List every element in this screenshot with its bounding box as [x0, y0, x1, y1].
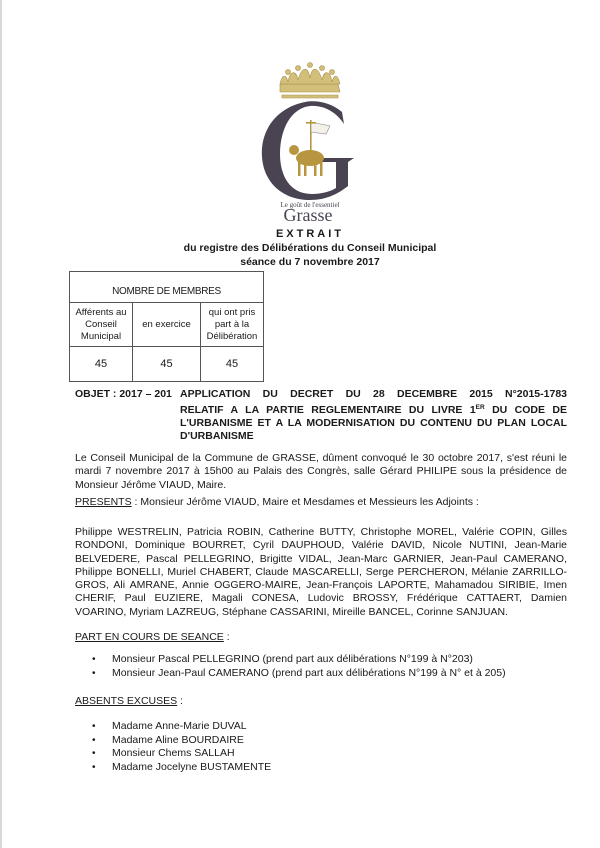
absents-excuses-list: Madame Anne-Marie DUVAL Madame Aline BOU… [92, 720, 271, 774]
objet-line: L'URBANISME ET A LA MODERNISATION DU CON… [180, 417, 567, 430]
lamb-icon [289, 120, 330, 176]
list-item: Monsieur Jean-Paul CAMERANO (prend part … [92, 667, 506, 681]
scan-edge [0, 0, 2, 848]
objet-text: APPLICATION DU DECRET DU 28 DECEMBRE 201… [180, 388, 567, 443]
column-header-en-exercice: en exercice [133, 303, 201, 347]
absents-excuses-title: ABSENTS EXCUSES : [75, 695, 183, 707]
list-item: Madame Jocelyne BUSTAMENTE [92, 761, 271, 775]
column-header-deliberation: qui ont pris part à la Délibération [201, 303, 264, 347]
members-table: NOMBRE DE MEMBRES Afférents au Conseil M… [69, 271, 264, 382]
list-item: Monsieur Chems SALLAH [92, 747, 271, 761]
value-en-exercice: 45 [133, 347, 201, 382]
objet-line: APPLICATION DU DECRET DU 28 DECEMBRE 201… [180, 388, 567, 401]
grasse-emblem-icon: Le goût de l'essentiel Grasse [250, 62, 370, 222]
column-header-afferents: Afférents au Conseil Municipal [70, 303, 133, 347]
part-en-cours-title: PART EN COURS DE SEANCE : [75, 631, 230, 643]
value-deliberation: 45 [201, 347, 264, 382]
list-item: Monsieur Pascal PELLEGRINO (prend part a… [92, 653, 506, 667]
intro-paragraph: Le Conseil Municipal de la Commune de GR… [75, 452, 567, 492]
part-en-cours-list: Monsieur Pascal PELLEGRINO (prend part a… [92, 653, 506, 680]
objet-label: OBJET : 2017 – 201 [75, 388, 172, 400]
svg-text:Grasse: Grasse [284, 205, 333, 222]
presents-line: PRESENTS : Monsieur Jérôme VIAUD, Maire … [75, 496, 567, 509]
presents-label: PRESENTS [75, 496, 132, 508]
document-subtitle: du registre des Délibérations du Conseil… [150, 242, 470, 254]
grasse-logo: Le goût de l'essentiel Grasse [250, 62, 370, 222]
objet-line: D'URBANISME [180, 430, 567, 443]
list-item: Madame Aline BOURDAIRE [92, 734, 271, 748]
list-item: Madame Anne-Marie DUVAL [92, 720, 271, 734]
members-table-title: NOMBRE DE MEMBRES [70, 272, 264, 303]
value-afferents: 45 [70, 347, 133, 382]
document-title: EXTRAIT [150, 228, 470, 240]
presents-names: Philippe WESTRELIN, Patricia ROBIN, Cath… [75, 526, 567, 619]
objet-line: RELATIF A LA PARTIE REGLEMENTAIRE DU LIV… [180, 401, 567, 417]
crown-icon [280, 63, 340, 99]
session-date: séance du 7 novembre 2017 [150, 256, 470, 268]
